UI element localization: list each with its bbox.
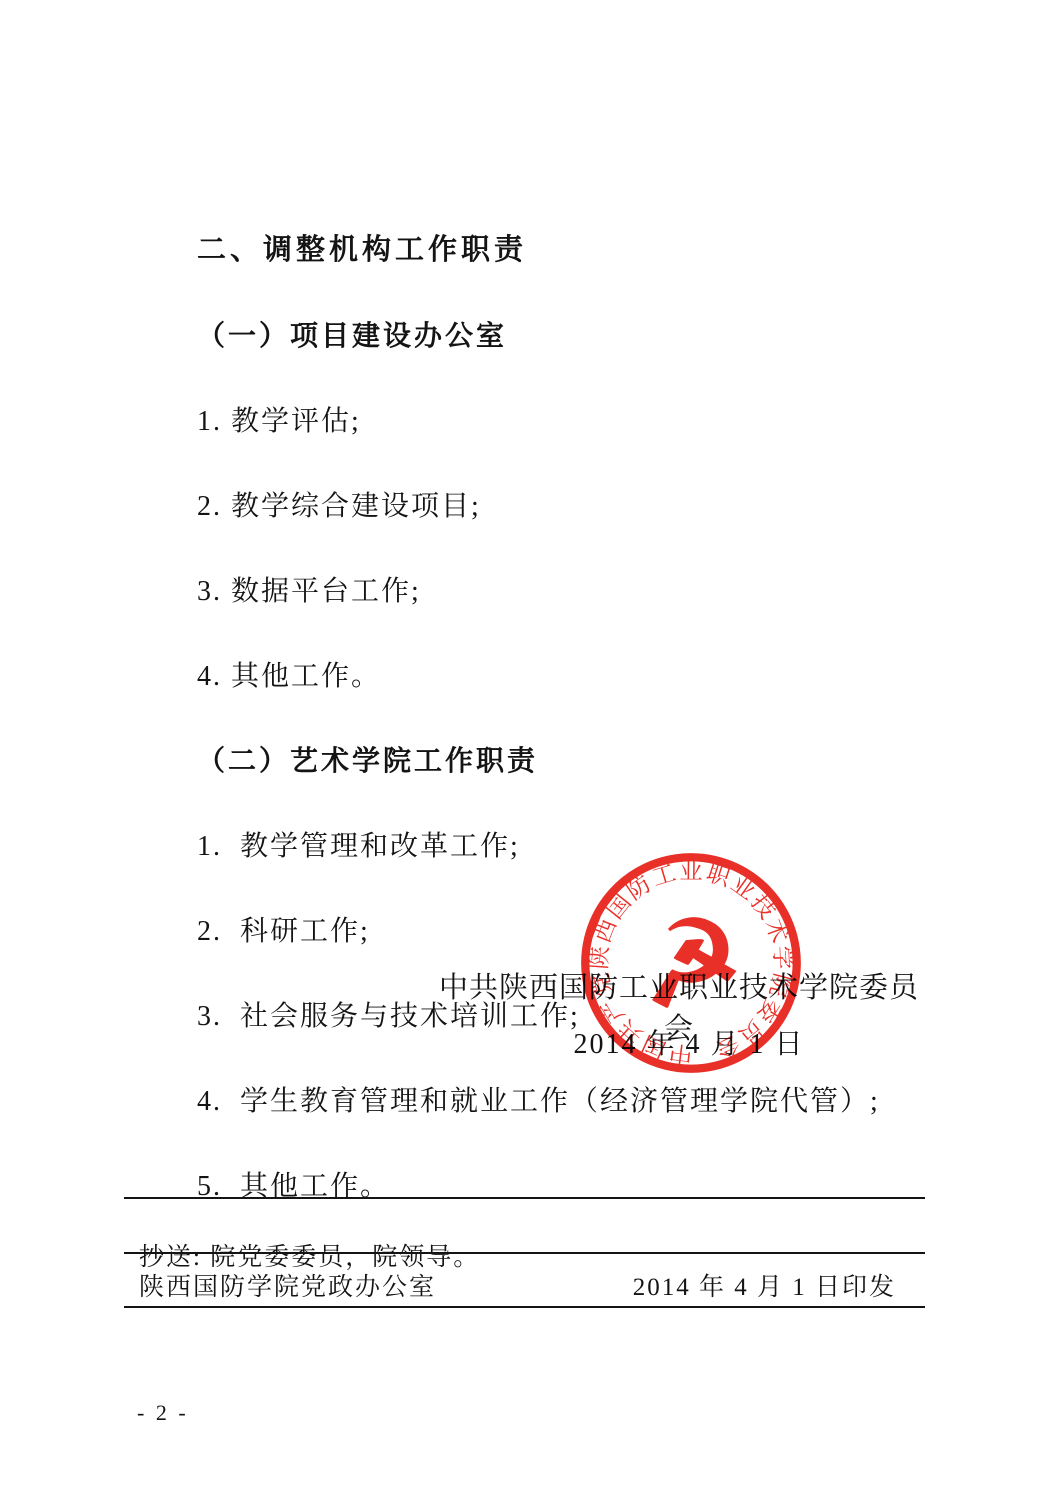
issuing-office: 陕西国防学院党政办公室 (139, 1267, 436, 1303)
section-heading: 二、调整机构工作职责 (197, 219, 964, 276)
list-item: 1. 教学管理和改革工作; (197, 815, 964, 872)
document-body: 二、调整机构工作职责 （一）项目建设办公室 1. 教学评估; 2. 教学综合建设… (197, 190, 964, 1240)
footer-divider-top (124, 1197, 925, 1199)
document-page: 二、调整机构工作职责 （一）项目建设办公室 1. 教学评估; 2. 教学综合建设… (0, 0, 1054, 1491)
list-item: 2. 科研工作; (197, 900, 964, 957)
signature-date: 2014 年 4 月 1 日 (442, 1022, 936, 1062)
list-item: 5. 其他工作。 (197, 1155, 964, 1212)
print-date: 2014 年 4 月 1 日印发 (633, 1267, 896, 1303)
footer-divider-middle (124, 1252, 925, 1254)
list-item: 4. 学生教育管理和就业工作（经济管理学院代管）; (197, 1070, 964, 1127)
subsection-one-title: （一）项目建设办公室 (197, 305, 964, 362)
list-item: 4. 其他工作。 (197, 645, 964, 702)
list-item: 1. 教学评估; (197, 390, 964, 447)
subsection-two-title: （二）艺术学院工作职责 (197, 730, 964, 787)
footer-divider-bottom (124, 1306, 925, 1308)
list-item: 3. 数据平台工作; (197, 560, 964, 617)
issuer-row: 陕西国防学院党政办公室 2014 年 4 月 1 日印发 (139, 1267, 896, 1303)
list-item: 2. 教学综合建设项目; (197, 475, 964, 532)
page-number: - 2 - (137, 1400, 189, 1426)
